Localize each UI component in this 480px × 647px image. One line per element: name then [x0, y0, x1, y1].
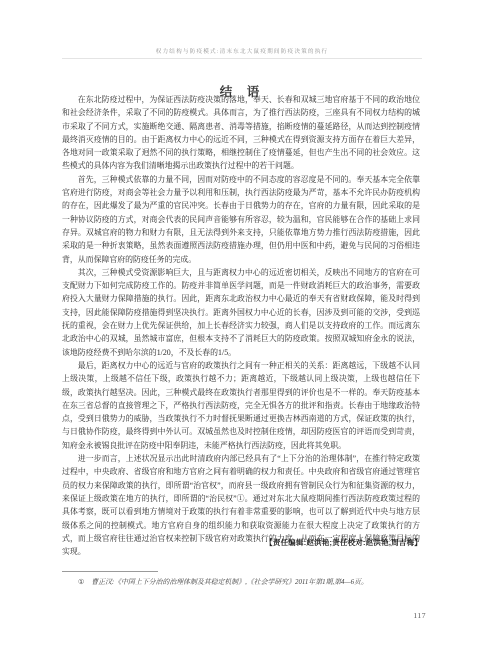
article-body: 在东北防疫过程中，为保证西法防疫决策的落地，奉天、长春和双城三地官府基于不同的政… — [62, 93, 420, 558]
paragraph-1: 在东北防疫过程中，为保证西法防疫决策的落地，奉天、长春和双城三地官府基于不同的政… — [62, 93, 420, 173]
footnote-separator — [62, 571, 158, 572]
paragraph-2: 首先，三种模式依靠的力量不同，因而对防疫中的不同态度的容忍度是不同的。奉天基本完… — [62, 173, 420, 266]
footnote-marker: ① — [78, 578, 84, 588]
footnote-text: 曹正汉:《中国上下分治的治理体制及其稳定机制》,《社会学研究》2011年第1期,… — [91, 578, 420, 588]
header-rule — [62, 58, 422, 59]
running-title: 权力结构与防疫模式:清末东北大鼠疫期间防疫决策的执行 — [62, 47, 422, 55]
paragraph-4: 最后，距离权力中心的远近与官府的政策执行之间有一种正相关的关系：距离越远，下级越… — [62, 359, 420, 452]
journal-page: 权力结构与防疫模式:清末东北大鼠疫期间防疫决策的执行 结 语 在东北防疫过程中，… — [0, 0, 480, 647]
paragraph-3: 其次，三种模式受资源影响巨大，且与距离权力中心的远近密切相关，反映出不同地方的官… — [62, 266, 420, 359]
editor-note: 【责任编辑:赵洪艳;责任校对:赵洪艳,周吉梅】 — [265, 537, 422, 548]
footnote: ① 曹正汉:《中国上下分治的治理体制及其稳定机制》,《社会学研究》2011年第1… — [78, 578, 420, 588]
page-number: 117 — [413, 611, 426, 620]
